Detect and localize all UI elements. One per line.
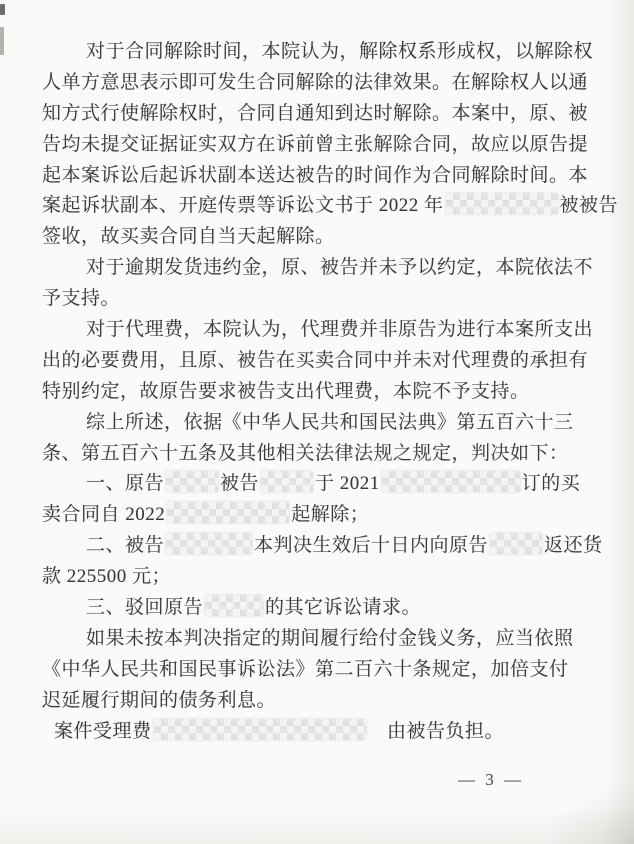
page-number: — 3 — [458,770,524,790]
text-segment: 起本案诉讼后起诉状副本送达被告的时间作为合同解除时间。本 [42,165,588,186]
text-segment: 迟延履行期间的债务利息。 [42,690,276,711]
text-line: 人单方意思表示即可发生合同解除的法律效果。在解除权人以通 [42,68,596,99]
text-line: 综上所述，依据《中华人民共和国民法典》第五百六十三 [42,408,596,439]
text-segment: 签收，故买卖合同自当天起解除。 [42,226,335,247]
text-line: 签收，故买卖合同自当天起解除。 [42,222,596,253]
text-line: 一、原告被告于 2021订的买 [42,469,596,500]
text-line: 予支持。 [42,284,596,315]
text-segment: 由被告负担。 [368,721,505,742]
text-line: 《中华人民共和国民事诉讼法》第二百六十条规定，加倍支付 [42,655,596,686]
text-segment: 案起诉状副本、开庭传票等诉讼文书于 2022 年 [42,195,444,216]
text-segment: 如果未按本判决指定的期间履行给付金钱义务，应当依照 [86,628,574,649]
text-segment: 订的买 [522,473,581,494]
text-line: 案起诉状副本、开庭传票等诉讼文书于 2022 年被被告 [42,191,596,222]
text-line: 三、驳回原告的其它诉讼请求。 [42,593,596,624]
scan-artifact [544,784,634,844]
text-segment: 《中华人民共和国民事诉讼法》第二百六十条规定，加倍支付 [42,659,569,680]
redaction-blur [154,719,366,740]
text-segment: 综上所述，依据《中华人民共和国民法典》第五百六十三 [86,412,574,433]
redaction-blur [261,471,313,492]
text-line: 二、被告本判决生效后十日内向原告返还货 [42,531,596,562]
text-segment: 本判决生效后十日内向原告 [254,535,488,556]
text-segment: 特别约定，故原告要求被告支出代理费，本院不予支持。 [42,381,530,402]
text-segment: 出的必要费用，且原、被告在买卖合同中并未对代理费的承担有 [42,350,588,371]
text-segment: 予支持。 [42,288,120,309]
text-segment: 被被告 [560,195,619,216]
scan-edge-shading [0,808,634,844]
text-segment: 人单方意思表示即可发生合同解除的法律效果。在解除权人以通 [42,72,588,93]
text-segment: 对于逾期发货违约金，原、被告并未予以约定，本院依法不 [86,257,593,278]
text-line: 知方式行使解除权时，合同自通知到达时解除。本案中，原、被 [42,99,596,130]
text-line: 款 225500 元； [42,562,596,593]
text-segment: 对于代理费，本院认为，代理费并非原告为进行本案所支出 [86,319,593,340]
text-segment: 案件受理费 [54,721,152,742]
text-line: 迟延履行期间的债务利息。 [42,686,596,717]
redaction-blur [167,502,289,523]
text-segment: 对于合同解除时间，本院认为，解除权系形成权，以解除权 [86,41,593,62]
judgment-page: 对于合同解除时间，本院认为，解除权系形成权，以解除权人单方意思表示即可发生合同解… [0,0,634,844]
text-segment: 一、原告 [86,473,164,494]
redaction-blur [166,471,218,492]
redaction-blur [446,193,558,214]
text-line: 条、第五百六十五条及其他相关法律法规之规定，判决如下： [42,439,596,470]
redaction-blur [382,471,520,492]
text-line: 告均未提交证据证实双方在诉前曾主张解除合同，故应以原告提 [42,130,596,161]
text-segment: 被告 [220,473,259,494]
text-segment: 卖合同自 2022 [42,504,165,525]
text-segment: 条、第五百六十五条及其他相关法律法规之规定，判决如下： [42,443,569,464]
text-segment: 款 225500 元； [42,566,171,587]
judgment-text: 对于合同解除时间，本院认为，解除权系形成权，以解除权人单方意思表示即可发生合同解… [0,0,634,747]
text-segment: 的其它诉讼请求。 [265,597,421,618]
text-line: 如果未按本判决指定的期间履行给付金钱义务，应当依照 [42,624,596,655]
text-line: 卖合同自 2022起解除； [42,500,596,531]
redaction-blur [166,533,252,554]
text-segment: 二、被告 [86,535,164,556]
text-line: 起本案诉讼后起诉状副本送达被告的时间作为合同解除时间。本 [42,161,596,192]
redaction-blur [490,533,542,554]
text-line: 案件受理费 由被告负担。 [42,717,596,748]
text-line: 对于逾期发货违约金，原、被告并未予以约定，本院依法不 [42,253,596,284]
text-segment: 三、驳回原告 [86,597,203,618]
text-line: 特别约定，故原告要求被告支出代理费，本院不予支持。 [42,377,596,408]
text-line: 对于合同解除时间，本院认为，解除权系形成权，以解除权 [42,37,596,68]
redaction-blur [205,595,263,616]
text-segment: 知方式行使解除权时，合同自通知到达时解除。本案中，原、被 [42,103,588,124]
text-line: 出的必要费用，且原、被告在买卖合同中并未对代理费的承担有 [42,346,596,377]
text-segment: 起解除； [291,504,369,525]
text-segment: 返还货 [544,535,603,556]
text-segment: 告均未提交证据证实双方在诉前曾主张解除合同，故应以原告提 [42,134,588,155]
text-line: 对于代理费，本院认为，代理费并非原告为进行本案所支出 [42,315,596,346]
text-segment: 于 2021 [315,473,380,494]
